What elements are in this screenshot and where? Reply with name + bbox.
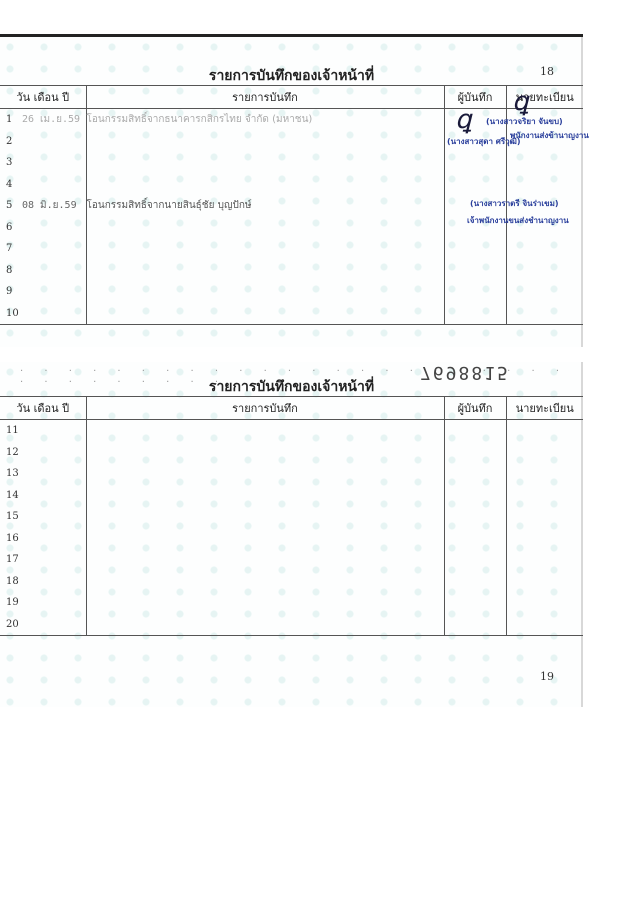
- recorder-signature: ꝗ: [455, 105, 472, 135]
- recorder-cell: [444, 528, 506, 550]
- table-row: 20: [0, 614, 583, 636]
- entry-text: [86, 485, 444, 507]
- column-header-entry: รายการบันทึก: [86, 397, 444, 420]
- recorder-cell: [444, 485, 506, 507]
- date-cell: 19: [0, 592, 86, 614]
- table-row: 19: [0, 592, 583, 614]
- entry-date: 08 มิ.ย.59: [22, 200, 77, 211]
- column-header-registrar: นายทะเบียน: [506, 397, 583, 420]
- date-cell: 508 มิ.ย.59: [0, 195, 86, 217]
- row-number: 20: [0, 619, 22, 630]
- entry-text: [86, 442, 444, 464]
- row-number: 11: [0, 425, 22, 436]
- registrar-cell: [506, 420, 583, 442]
- registrar-cell: [506, 614, 583, 636]
- date-cell: 8: [0, 260, 86, 282]
- registrar-cell: [506, 152, 583, 174]
- registrar-signature: ꝗ: [512, 87, 529, 117]
- table-row: 17: [0, 549, 583, 571]
- date-cell: 18: [0, 571, 86, 593]
- column-header-entry: รายการบันทึก: [86, 86, 444, 109]
- entry-text: [86, 174, 444, 196]
- recorder-cell: [444, 238, 506, 260]
- entry-text: [86, 506, 444, 528]
- row-number: 9: [0, 286, 22, 297]
- column-header-date: วัน เดือน ปี: [0, 397, 86, 420]
- record-page-19: · · · · · · · · · · · · · · · · · · · · …: [0, 362, 583, 707]
- date-cell: 2: [0, 131, 86, 153]
- table-row: 12: [0, 442, 583, 464]
- date-cell: 14: [0, 485, 86, 507]
- date-cell: 9: [0, 281, 86, 303]
- table-row: 4: [0, 174, 583, 196]
- entry-text: โอนกรรมสิทธิ์จากนายสินธุ์ชัย บุญปักษ์: [86, 195, 444, 217]
- date-cell: 7: [0, 238, 86, 260]
- date-cell: 3: [0, 152, 86, 174]
- entry-text: [86, 420, 444, 442]
- table-row: 7: [0, 238, 583, 260]
- entry-text: [86, 549, 444, 571]
- date-cell: 20: [0, 614, 86, 636]
- table-row: 14: [0, 485, 583, 507]
- row-number: 16: [0, 533, 22, 544]
- entry-text: [86, 592, 444, 614]
- page-number: 18: [540, 65, 554, 78]
- registrar-cell: [506, 506, 583, 528]
- registrar-cell: [506, 549, 583, 571]
- row-number: 12: [0, 447, 22, 458]
- registrar-cell: [506, 528, 583, 550]
- recorder-cell: [444, 442, 506, 464]
- entry-text: [86, 528, 444, 550]
- recorder-cell: [444, 592, 506, 614]
- entry-text: [86, 217, 444, 239]
- table-row: 3: [0, 152, 583, 174]
- date-cell: 126 เม.ย.59: [0, 109, 86, 131]
- registrar-cell: [506, 174, 583, 196]
- date-cell: 17: [0, 549, 86, 571]
- page-number: 19: [540, 670, 554, 683]
- entry-text: [86, 303, 444, 325]
- page-title: รายการบันทึกของเจ้าหน้าที่: [0, 376, 583, 398]
- column-header-recorder: ผู้บันทึก: [444, 397, 506, 420]
- registrar-cell: [506, 571, 583, 593]
- registrar-cell: [506, 260, 583, 282]
- row-number: 8: [0, 265, 22, 276]
- record-page-18: รายการบันทึกของเจ้าหน้าที่ 18 วัน เดือน …: [0, 34, 583, 347]
- officer-title-stamp-2: เจ้าพนักงานขนส่งชำนาญงาน: [467, 214, 569, 227]
- recorder-cell: [444, 506, 506, 528]
- table-row: 11: [0, 420, 583, 442]
- date-cell: 10: [0, 303, 86, 325]
- date-cell: 15: [0, 506, 86, 528]
- registrar-cell: [506, 485, 583, 507]
- date-cell: 11: [0, 420, 86, 442]
- entry-text: [86, 571, 444, 593]
- date-cell: 16: [0, 528, 86, 550]
- row-number: 1: [0, 114, 22, 125]
- row-number: 2: [0, 136, 22, 147]
- recorder-cell: [444, 463, 506, 485]
- column-header-recorder: ผู้บันทึก: [444, 86, 506, 109]
- page-title: รายการบันทึกของเจ้าหน้าที่: [0, 65, 583, 87]
- entry-text: [86, 281, 444, 303]
- recorder-cell: [444, 303, 506, 325]
- recorder-cell: [444, 174, 506, 196]
- recorder-cell: [444, 614, 506, 636]
- registrar-cell: [506, 442, 583, 464]
- officer-title-stamp: พนักงานส่งข้านาญงาน: [510, 129, 589, 142]
- entry-text: [86, 614, 444, 636]
- table-row: 10: [0, 303, 583, 325]
- table-row: 15: [0, 506, 583, 528]
- table-row: 16: [0, 528, 583, 550]
- table-row: 9: [0, 281, 583, 303]
- row-number: 19: [0, 597, 22, 608]
- officer-record-table: วัน เดือน ปี รายการบันทึก ผู้บันทึก นายท…: [0, 396, 583, 636]
- row-number: 6: [0, 222, 22, 233]
- recorder-cell: [444, 549, 506, 571]
- row-number: 10: [0, 308, 22, 319]
- row-number: 13: [0, 468, 22, 479]
- registrar-cell: [506, 281, 583, 303]
- officer-stamp: (นางสาวจริยา จันขบ): [486, 115, 563, 128]
- table-row: 8: [0, 260, 583, 282]
- row-number: 3: [0, 157, 22, 168]
- recorder-cell: [444, 571, 506, 593]
- row-number: 7: [0, 243, 22, 254]
- entry-text: [86, 238, 444, 260]
- table-row: 13: [0, 463, 583, 485]
- entry-text: [86, 131, 444, 153]
- table-row: 18: [0, 571, 583, 593]
- date-cell: 6: [0, 217, 86, 239]
- row-number: 15: [0, 511, 22, 522]
- registrar-cell: [506, 303, 583, 325]
- entry-date: 26 เม.ย.59: [22, 114, 80, 125]
- row-number: 5: [0, 200, 22, 211]
- entry-text: [86, 152, 444, 174]
- date-cell: 4: [0, 174, 86, 196]
- registrar-cell: [506, 463, 583, 485]
- date-cell: 13: [0, 463, 86, 485]
- recorder-cell: [444, 260, 506, 282]
- row-number: 14: [0, 490, 22, 501]
- registrar-cell: [506, 238, 583, 260]
- column-header-date: วัน เดือน ปี: [0, 86, 86, 109]
- recorder-stamp: (นางสาวสุดา ศรีวุฒิ): [447, 135, 521, 148]
- officer-stamp-2: (นางสาวราตรี จินร่าเขม): [470, 197, 559, 210]
- entry-text: โอนกรรมสิทธิ์จากธนาคารกสิกรไทย จำกัด (มห…: [86, 109, 444, 131]
- row-number: 17: [0, 554, 22, 565]
- row-number: 18: [0, 576, 22, 587]
- entry-text: [86, 260, 444, 282]
- registrar-cell: [506, 592, 583, 614]
- row-number: 4: [0, 179, 22, 190]
- recorder-cell: [444, 420, 506, 442]
- recorder-cell: [444, 152, 506, 174]
- recorder-cell: [444, 281, 506, 303]
- date-cell: 12: [0, 442, 86, 464]
- entry-text: [86, 463, 444, 485]
